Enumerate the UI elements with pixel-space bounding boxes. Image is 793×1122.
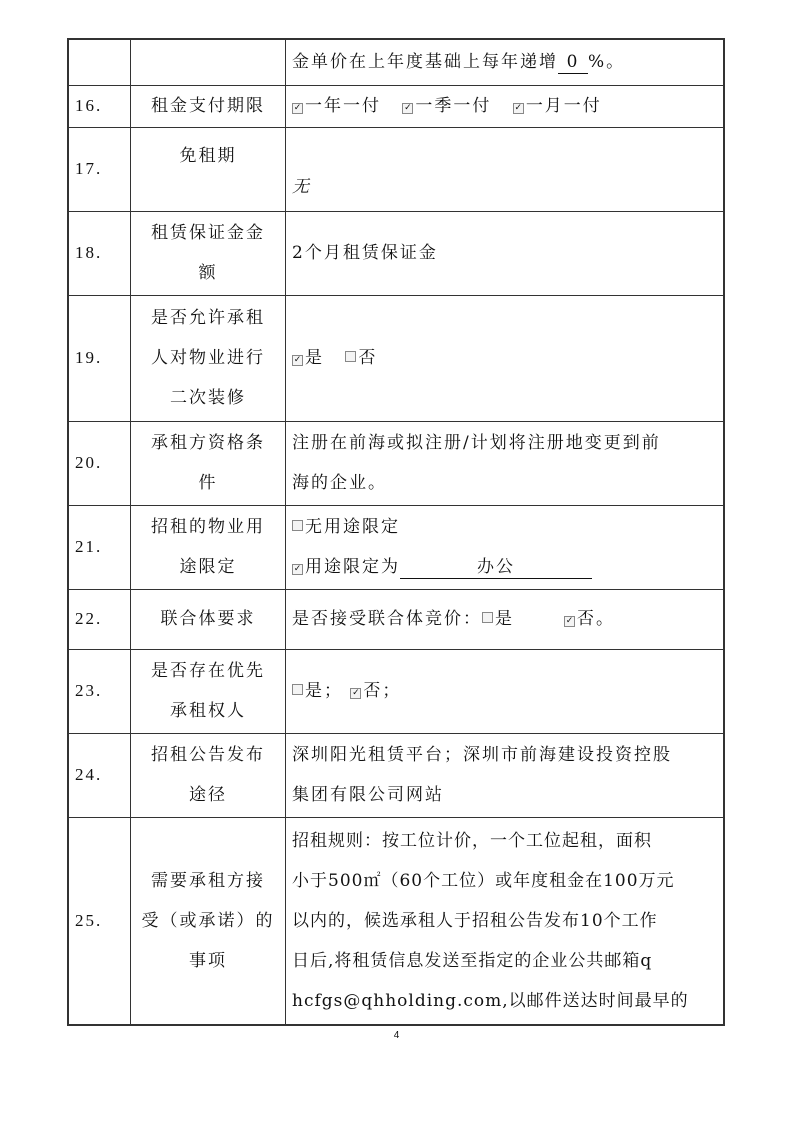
row-content: 深圳阳光租赁平台；深圳市前海建设投资控股 集团有限公司网站 — [286, 733, 725, 817]
row-number: 17. — [68, 127, 131, 211]
row-content: 无 — [286, 127, 725, 211]
row-content: 注册在前海或拟注册/计划将注册地变更到前 海的企业。 — [286, 421, 725, 505]
row-number: 24. — [68, 733, 131, 817]
table-row: 22. 联合体要求 是否接受联合体竞价：是✓否。 — [68, 589, 724, 649]
row-content: ✓是 否 — [286, 295, 725, 421]
checkbox-yearly[interactable]: ✓ — [292, 103, 303, 114]
table-row: 24. 招租公告发布 途径 深圳阳光租赁平台；深圳市前海建设投资控股 集团有限公… — [68, 733, 724, 817]
row-content: 是； ✓否； — [286, 649, 725, 733]
page-number: 4 — [0, 1030, 793, 1041]
row-label: 承租方资格条 件 — [131, 421, 286, 505]
row-content: 金单价在上年度基础上每年递增0%。 — [286, 39, 725, 85]
increase-rate-field[interactable]: 0 — [558, 51, 588, 74]
checkbox-restricted-use[interactable]: ✓ — [292, 564, 303, 575]
row-content: ✓一年一付 ✓一季一付 ✓一月一付 — [286, 85, 725, 127]
row-number: 16. — [68, 85, 131, 127]
checkbox-renovation-no[interactable] — [345, 351, 356, 362]
row-label: 租赁保证金金 额 — [131, 211, 286, 295]
row-number: 18. — [68, 211, 131, 295]
row-label — [131, 39, 286, 85]
checkbox-renovation-yes[interactable]: ✓ — [292, 355, 303, 366]
lease-terms-table: 金单价在上年度基础上每年递增0%。 16. 租金支付期限 ✓一年一付 ✓一季一付… — [67, 38, 725, 1026]
row-number: 23. — [68, 649, 131, 733]
row-label: 是否允许承租 人对物业进行 二次装修 — [131, 295, 286, 421]
use-restriction-field[interactable]: 办公 — [400, 556, 592, 579]
row-label: 需要承租方接 受（或承诺）的 事项 — [131, 817, 286, 1025]
table-row: 金单价在上年度基础上每年递增0%。 — [68, 39, 724, 85]
row-content: 是否接受联合体竞价：是✓否。 — [286, 589, 725, 649]
checkbox-no-restriction[interactable] — [292, 520, 303, 531]
table-row: 17. 免租期 无 — [68, 127, 724, 211]
row-number: 21. — [68, 505, 131, 589]
row-content: 无用途限定 ✓用途限定为办公 — [286, 505, 725, 589]
checkbox-priority-no[interactable]: ✓ — [350, 688, 361, 699]
row-number — [68, 39, 131, 85]
row-label: 联合体要求 — [131, 589, 286, 649]
checkbox-priority-yes[interactable] — [292, 684, 303, 695]
table-row: 19. 是否允许承租 人对物业进行 二次装修 ✓是 否 — [68, 295, 724, 421]
row-content: 2个月租赁保证金 — [286, 211, 725, 295]
checkbox-consortium-no[interactable]: ✓ — [564, 616, 575, 627]
table-row: 23. 是否存在优先 承租权人 是； ✓否； — [68, 649, 724, 733]
checkbox-quarterly[interactable]: ✓ — [402, 103, 413, 114]
row-number: 25. — [68, 817, 131, 1025]
checkbox-monthly[interactable]: ✓ — [513, 103, 524, 114]
table-row: 21. 招租的物业用 途限定 无用途限定 ✓用途限定为办公 — [68, 505, 724, 589]
table-row: 18. 租赁保证金金 额 2个月租赁保证金 — [68, 211, 724, 295]
table-row: 20. 承租方资格条 件 注册在前海或拟注册/计划将注册地变更到前 海的企业。 — [68, 421, 724, 505]
row-label: 招租公告发布 途径 — [131, 733, 286, 817]
row-label: 是否存在优先 承租权人 — [131, 649, 286, 733]
checkbox-consortium-yes[interactable] — [482, 612, 493, 623]
row-number: 19. — [68, 295, 131, 421]
row-number: 22. — [68, 589, 131, 649]
row-label: 免租期 — [131, 127, 286, 211]
row-label: 招租的物业用 途限定 — [131, 505, 286, 589]
row-content: 招租规则：按工位计价，一个工位起租，面积 小于500㎡（60个工位）或年度租金在… — [286, 817, 725, 1025]
table-row: 25. 需要承租方接 受（或承诺）的 事项 招租规则：按工位计价，一个工位起租，… — [68, 817, 724, 1025]
row-number: 20. — [68, 421, 131, 505]
row-label: 租金支付期限 — [131, 85, 286, 127]
table-row: 16. 租金支付期限 ✓一年一付 ✓一季一付 ✓一月一付 — [68, 85, 724, 127]
